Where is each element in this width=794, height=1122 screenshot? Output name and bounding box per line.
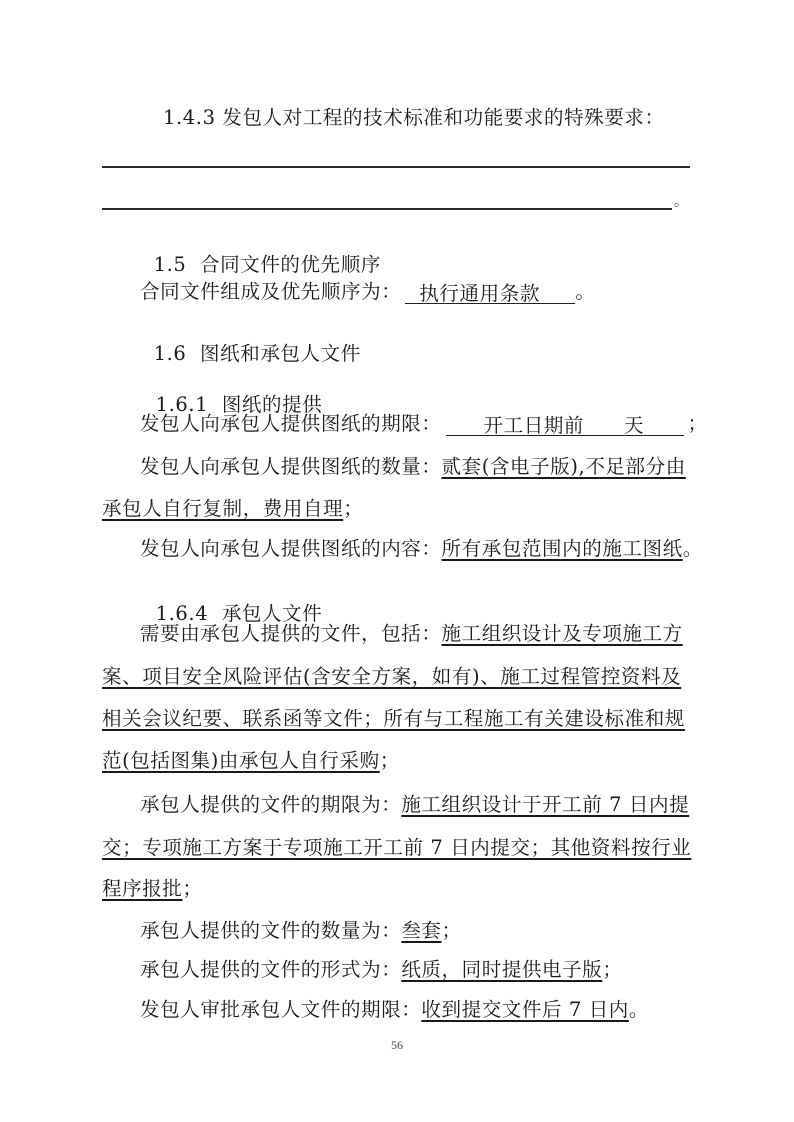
section-1-4-3-heading: 1.4.3 发包人对工程的技术标准和功能要求的特殊要求：	[163, 106, 665, 130]
contractor-docs-value-3: 相关会议纪要、联系函等文件；所有与工程施工有关建设标准和规	[102, 707, 685, 730]
priority-order-field: 合同文件组成及优先顺序为：执行通用条款。	[140, 280, 595, 304]
field-label: 需要由承包人提供的文件，包括：	[140, 622, 442, 645]
end-punct: 。	[629, 998, 649, 1021]
contractor-docs-field-cont: 范(包括图集)由承包人自行采购；	[102, 749, 400, 773]
field-label: 发包人向承包人提供图纸的期限：	[140, 412, 442, 435]
section-1-5-heading: 1.5 合同文件的优先顺序	[140, 229, 381, 277]
drawing-content-value: 所有承包范围内的施工图纸	[442, 537, 683, 560]
section-1-6-heading: 1.6 图纸和承包人文件	[140, 318, 361, 366]
end-punct: 。	[575, 280, 595, 303]
contractor-docs-value-4: 范(包括图集)由承包人自行采购	[102, 749, 380, 772]
end-punct: 。	[683, 537, 703, 560]
approval-period-value: 收到提交文件后 7 日内	[421, 998, 629, 1021]
blank-end-mark: 。	[674, 190, 689, 214]
drawing-qty-field-cont: 承包人自行复制，费用自理；	[102, 497, 363, 521]
end-punct: ；	[182, 877, 202, 900]
page-number: 56	[0, 1038, 794, 1053]
docs-deadline-value-2: 交；专项施工方案于专项施工开工前 7 日内提交；其他资料按行业	[102, 836, 691, 859]
docs-form-field: 承包人提供的文件的形式为：纸质，同时提供电子版；	[140, 958, 622, 982]
drawing-qty-field: 发包人向承包人提供图纸的数量：贰套(含电子版),不足部分由	[140, 455, 686, 479]
field-label: 承包人提供的文件的形式为：	[140, 958, 401, 981]
docs-deadline-value-3: 程序报批	[102, 877, 182, 900]
blank-line-1	[102, 166, 690, 168]
contractor-docs-value-1: 施工组织设计及专项施工方	[442, 622, 683, 645]
field-label: 发包人向承包人提供图纸的内容：	[140, 537, 442, 560]
contractor-docs-field: 需要由承包人提供的文件，包括：施工组织设计及专项施工方	[140, 622, 683, 646]
priority-order-value: 执行通用条款	[405, 282, 575, 304]
docs-deadline-value-1: 施工组织设计于开工前 7 日内提	[401, 793, 689, 816]
end-punct: ；	[380, 749, 400, 772]
field-label: 合同文件组成及优先顺序为：	[140, 280, 401, 303]
blank-line-2	[102, 208, 672, 210]
value-text-a: 开工日期前	[484, 414, 585, 437]
contractor-docs-field-cont: 案、项目安全风险评估(含安全方案，如有)、施工过程管控资料及	[102, 665, 681, 689]
field-label: 发包人向承包人提供图纸的数量：	[140, 455, 442, 478]
drawing-period-value: 开工日期前天	[446, 414, 684, 436]
docs-deadline-field: 承包人提供的文件的期限为：施工组织设计于开工前 7 日内提	[140, 793, 689, 817]
end-punct: ；	[602, 958, 622, 981]
field-label: 承包人提供的文件的期限为：	[140, 793, 401, 816]
docs-form-value: 纸质，同时提供电子版	[401, 958, 602, 981]
end-punct: ；	[442, 919, 462, 942]
section-1-6-1-heading: 1.6.1 图纸的提供	[142, 369, 322, 417]
docs-deadline-field-cont: 交；专项施工方案于专项施工开工前 7 日内提交；其他资料按行业	[102, 836, 691, 860]
field-label: 发包人审批承包人文件的期限：	[140, 998, 421, 1021]
section-1-6-4-heading: 1.6.4 承包人文件	[142, 578, 322, 626]
drawing-qty-value-2: 承包人自行复制，费用自理	[102, 497, 343, 520]
value-text: 执行通用条款	[419, 282, 540, 305]
drawing-period-field: 发包人向承包人提供图纸的期限：开工日期前天；	[140, 412, 708, 436]
docs-deadline-field-cont: 程序报批；	[102, 877, 203, 901]
value-text-b: 天	[624, 414, 644, 437]
end-punct: ；	[688, 412, 708, 435]
field-label: 承包人提供的文件的数量为：	[140, 919, 401, 942]
drawing-qty-value-1: 贰套(含电子版),不足部分由	[442, 455, 686, 478]
heading-text: 1.6 图纸和承包人文件	[154, 342, 361, 365]
end-punct: ；	[343, 497, 363, 520]
drawing-content-field: 发包人向承包人提供图纸的内容：所有承包范围内的施工图纸。	[140, 537, 703, 561]
docs-count-field: 承包人提供的文件的数量为：叁套；	[140, 919, 462, 943]
heading-text: 1.4.3 发包人对工程的技术标准和功能要求的特殊要求：	[163, 106, 665, 129]
contractor-docs-value-2: 案、项目安全风险评估(含安全方案，如有)、施工过程管控资料及	[102, 665, 681, 688]
approval-period-field: 发包人审批承包人文件的期限：收到提交文件后 7 日内。	[140, 998, 649, 1022]
heading-text: 1.5 合同文件的优先顺序	[154, 253, 381, 276]
contractor-docs-field-cont: 相关会议纪要、联系函等文件；所有与工程施工有关建设标准和规	[102, 707, 685, 731]
docs-count-value: 叁套	[401, 919, 441, 942]
end-punct: 。	[674, 194, 689, 210]
